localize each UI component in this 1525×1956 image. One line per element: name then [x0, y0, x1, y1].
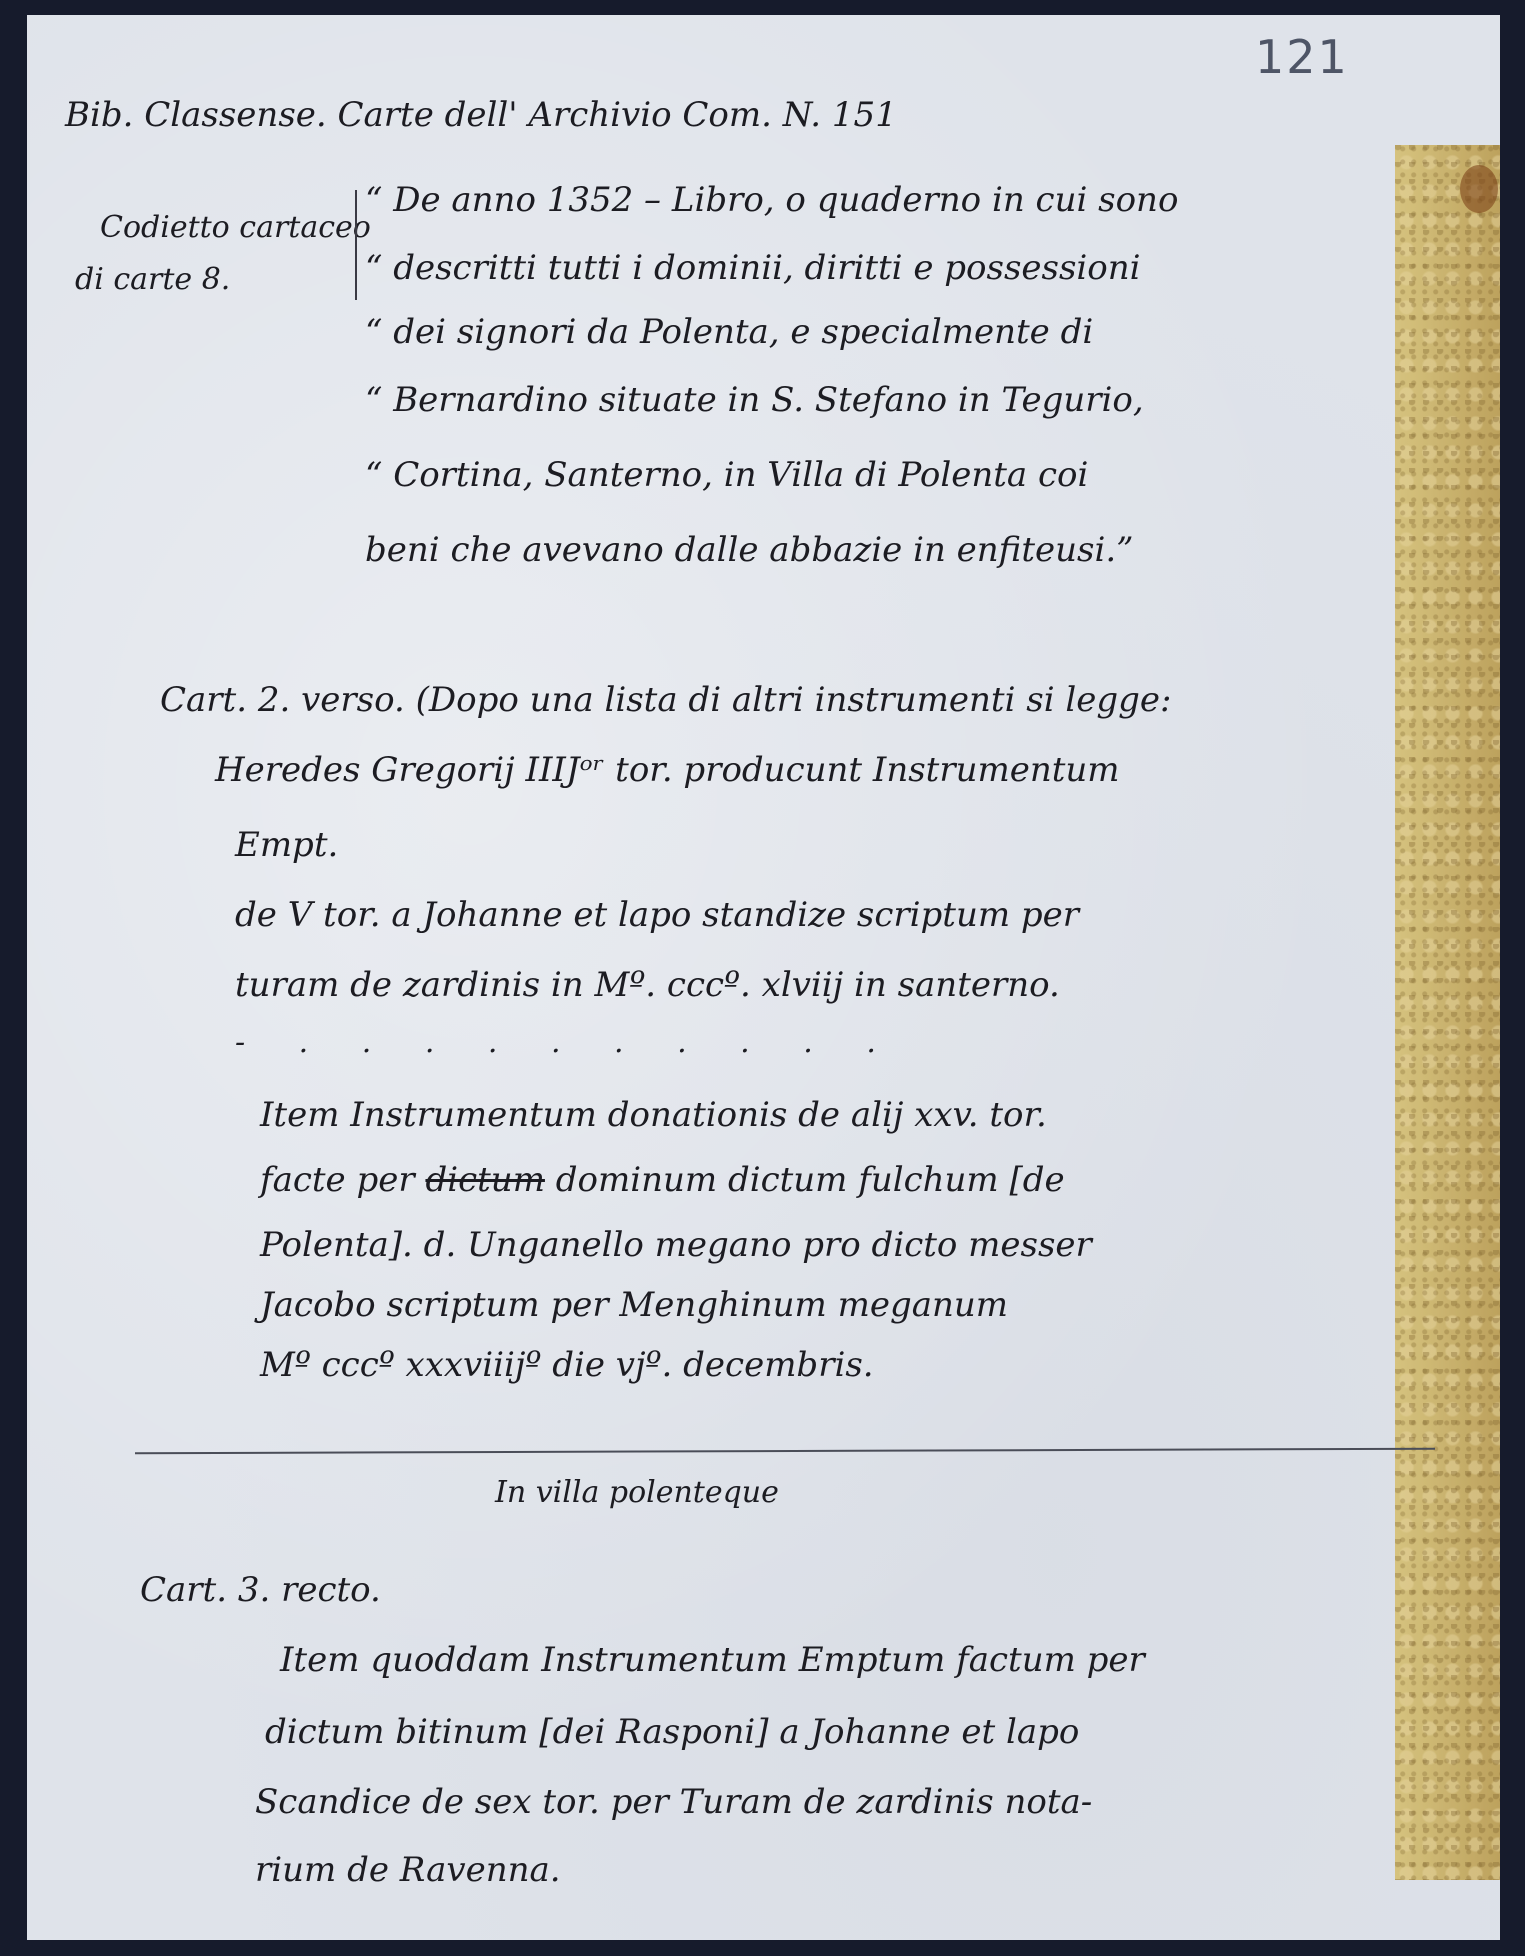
section-1-line: Empt. — [235, 825, 338, 865]
section-1-line: de V tor. a Johanne et lapo standize scr… — [235, 895, 1079, 935]
header-text: Bib. Classense. Carte dell' Archivio Com… — [65, 95, 897, 135]
section-2-line: dictum bitinum [dei Rasponi] a Johanne e… — [265, 1712, 1079, 1752]
struck-word: dictum — [425, 1160, 544, 1200]
margin-note-line-2: di carte 8. — [75, 262, 230, 297]
item-line: Jacobo scriptum per Menghinum meganum — [260, 1285, 1008, 1325]
quote-line: beni che avevano dalle abbazie in enfite… — [365, 530, 1134, 570]
section-1-line: turam de zardinis in Mº. cccº. xlviij in… — [235, 965, 1060, 1005]
margin-note-line-1: Codietto cartaceo — [100, 210, 371, 245]
item-line-start: facte per — [260, 1160, 415, 1200]
quote-line: “ descritti tutti i dominii, diritti e p… — [365, 248, 1141, 288]
item-line: Mº cccº xxxviiijº die vjº. decembris. — [260, 1345, 874, 1385]
quote-line: “ Bernardino situate in S. Stefano in Te… — [365, 380, 1144, 420]
section-2-line: rium de Ravenna. — [255, 1850, 561, 1890]
section-2-heading: Cart. 3. recto. — [140, 1570, 381, 1610]
section-2-line: Item quoddam Instrumentum Emptum factum … — [280, 1640, 1145, 1680]
quote-line: “ Cortina, Santerno, in Villa di Polenta… — [365, 455, 1088, 495]
item-line: Polenta]. d. Unganello megano pro dicto … — [260, 1225, 1092, 1265]
header-line: Bib. Classense. Carte dell' Archivio Com… — [65, 95, 897, 135]
item-line-end: dominum dictum fulchum [de — [556, 1160, 1065, 1200]
repair-tape-strip — [1395, 145, 1500, 1880]
item-line: facte per dictum dominum dictum fulchum … — [260, 1160, 1065, 1200]
section-1-line: Heredes Gregorij IIIJᵒʳ tor. producunt I… — [215, 750, 1120, 790]
divider-caption: In villa polenteque — [495, 1475, 779, 1510]
margin-brace — [355, 190, 357, 300]
ink-stain — [1460, 165, 1498, 213]
folio-number: 121 — [1255, 30, 1349, 84]
section-1-heading: Cart. 2. verso. (Dopo una lista di altri… — [160, 680, 1171, 720]
quote-line: “ dei signori da Polenta, e specialmente… — [365, 312, 1093, 352]
section-2-line: Scandice de sex tor. per Turam de zardin… — [255, 1782, 1092, 1822]
ellipsis-dots: - . . . . . . . . . . — [235, 1025, 898, 1060]
quote-line: “ De anno 1352 – Libro, o quaderno in cu… — [365, 180, 1178, 220]
item-line: Item Instrumentum donationis de alij xxv… — [260, 1095, 1047, 1135]
